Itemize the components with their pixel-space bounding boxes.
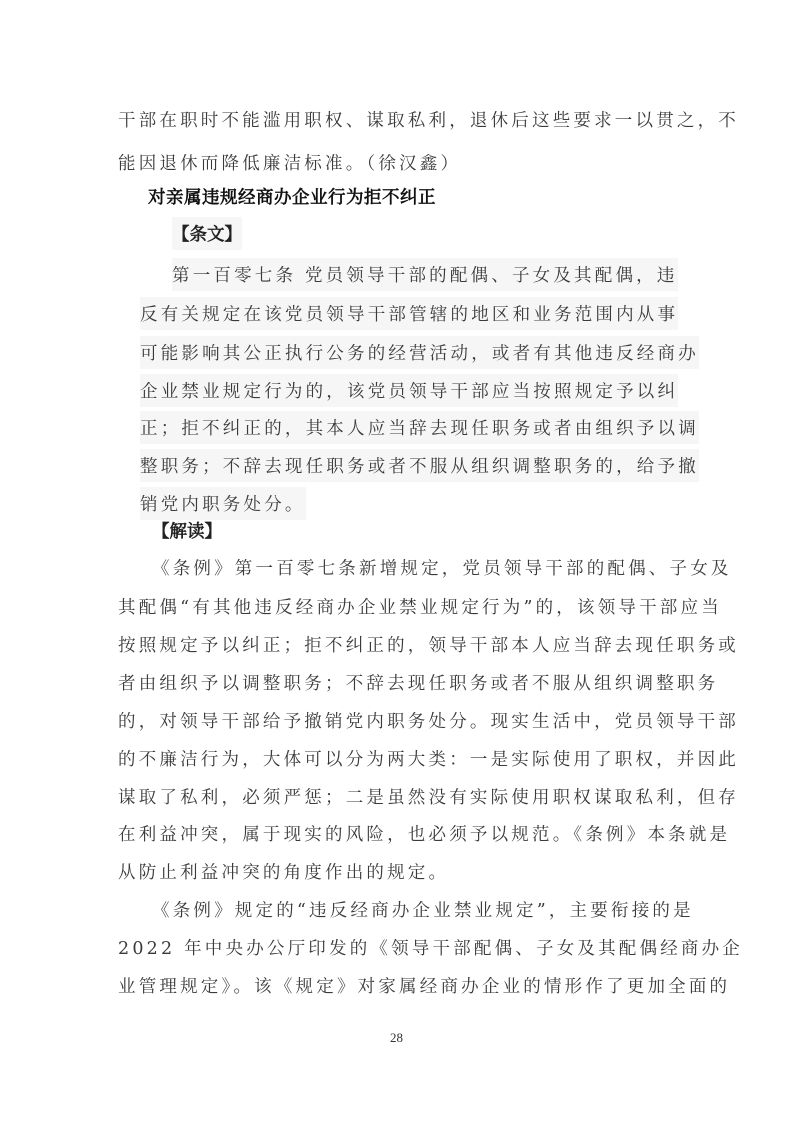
paragraph-line: 谋取了私利，必须严惩；二是虽然没有实际使用职权谋取私利，但存 bbox=[118, 784, 739, 809]
article-line: 销党内职务处分。 bbox=[140, 487, 306, 520]
intro-line: 干部在职时不能滥用职权、谋取私利，退休后这些要求一以贯之，不 bbox=[118, 107, 739, 132]
article-line: 企业禁业规定行为的，该党员领导干部应当按照规定予以纠 bbox=[140, 374, 678, 407]
paragraph-line: 的，对领导干部给予撤销党内职务处分。现实生活中，党员领导干部 bbox=[118, 708, 739, 733]
paragraph-line: 者由组织予以调整职务；不辞去现任职务或者不服从组织调整职务 bbox=[118, 670, 718, 695]
paragraph-line: 2022 年中央办公厅印发的《领导干部配偶、子女及其配偶经商办企 bbox=[118, 935, 743, 960]
paragraph-line: 业管理规定》。该《规定》对家属经商办企业的情形作了更加全面的 bbox=[118, 973, 730, 998]
paragraph-line: 的不廉洁行为，大体可以分为两大类：一是实际使用了职权，并因此 bbox=[118, 746, 739, 771]
paragraph-line: 其配偶“有其他违反经商办企业禁业规定行为”的，该领导干部应当 bbox=[118, 594, 722, 619]
article-line: 整职务；不辞去现任职务或者不服从组织调整职务的，给予撤 bbox=[140, 449, 699, 482]
article-label: 【条文】 bbox=[172, 217, 242, 250]
article-line: 反有关规定在该党员领导干部管辖的地区和业务范围内从事 bbox=[140, 297, 678, 330]
paragraph-line: 在利益冲突，属于现实的风险，也必须予以规范。《条例》本条就是 bbox=[118, 821, 730, 846]
paragraph-line: 从防止利益冲突的角度作出的规定。 bbox=[118, 859, 449, 884]
paragraph-line: 《条例》规定的“违反经商办企业禁业规定”，主要衔接的是 bbox=[152, 897, 694, 922]
paragraph-line: 《条例》第一百零七条新增规定，党员领导干部的配偶、子女及 bbox=[152, 555, 732, 580]
section-title: 对亲属违规经商办企业行为拒不纠正 bbox=[148, 184, 436, 209]
paragraph-line: 按照规定予以纠正；拒不纠正的，领导干部本人应当辞去现任职务或 bbox=[118, 632, 739, 657]
interpretation-label: 【解读】 bbox=[152, 518, 222, 543]
article-line: 可能影响其公正执行公务的经营活动，或者有其他违反经商办 bbox=[140, 336, 699, 369]
page-number: 28 bbox=[0, 1030, 793, 1046]
article-line: 正；拒不纠正的，其本人应当辞去现任职务或者由组织予以调 bbox=[140, 411, 699, 444]
intro-line: 能因退休而降低廉洁标准。（徐汉鑫） bbox=[118, 150, 461, 175]
article-line: 第一百零七条 党员领导干部的配偶、子女及其配偶，违 bbox=[172, 258, 678, 291]
